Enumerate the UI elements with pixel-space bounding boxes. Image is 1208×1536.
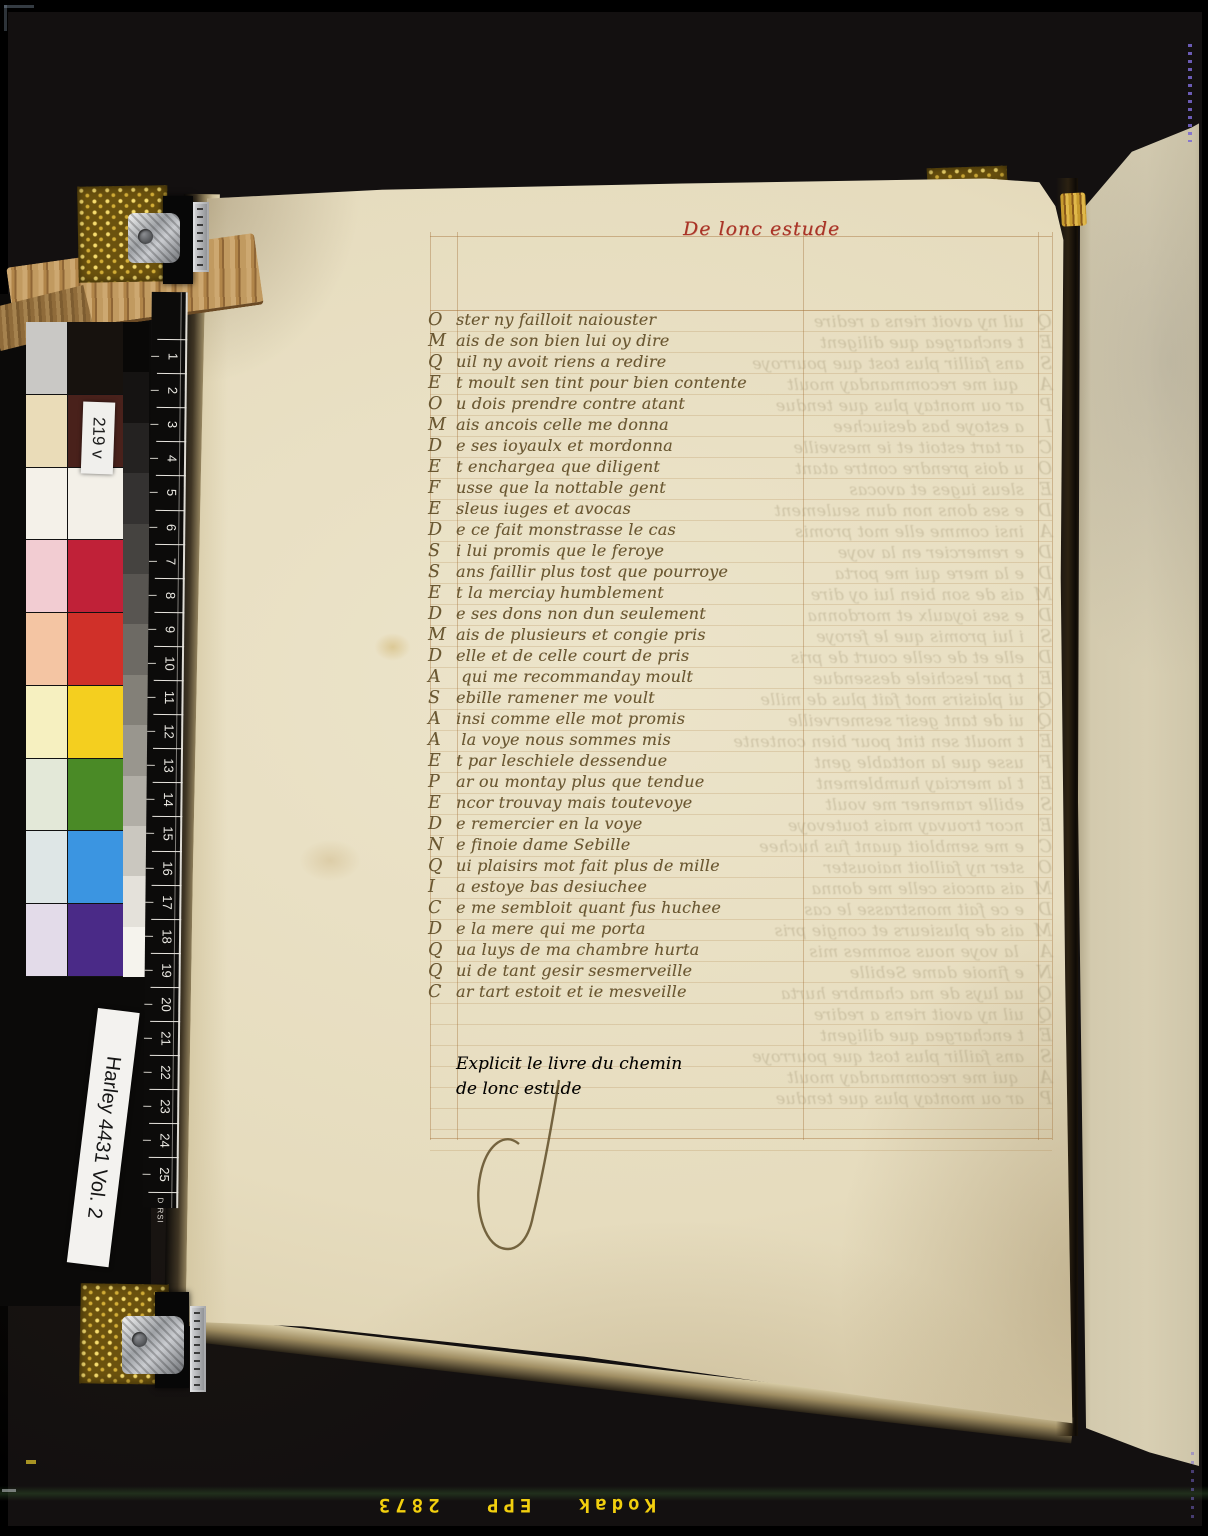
- verse-line: Qui de tant gesir sesmerveille: [793, 711, 1052, 732]
- strip-markings: [197, 208, 203, 266]
- ruler-half-tick: [149, 595, 157, 596]
- gray-step: [123, 524, 149, 574]
- metal-clip-top: [128, 213, 180, 263]
- ruling-vertical: [1052, 232, 1053, 1140]
- ruler-half-tick: [148, 697, 156, 698]
- color-patch-light: [26, 395, 67, 468]
- verse-line: Et enchargea que diligent: [793, 1026, 1052, 1047]
- verse-line: De ses dons non dun seulement: [793, 501, 1052, 522]
- ruler-half-tick: [145, 936, 153, 937]
- ruler-tick: [149, 1123, 179, 1124]
- verse-line: A la voye nous sommes mis: [793, 942, 1052, 963]
- verse-line: Oster ny failloit naiouster: [793, 858, 1052, 879]
- color-patch-light: [26, 686, 67, 759]
- verse-line: Quil ny avoit riens a redire: [793, 312, 1052, 333]
- ruler-footer: D RSI: [156, 1197, 165, 1221]
- verse-line: Et moult sen tint pour bien contente: [793, 732, 1052, 753]
- ruler-number: 15: [161, 824, 176, 844]
- film-edge-label: Kodak EPP 2873: [252, 1494, 656, 1516]
- verse-line: A qui me recommanday moult: [793, 1068, 1052, 1089]
- verse-line: De ce fait monstrasse le cas: [793, 900, 1052, 921]
- verse-line: Esleus iuges et avocas: [428, 499, 747, 520]
- ruler-half-tick: [148, 629, 156, 630]
- verse-line: Ne finoie dame Sebille: [793, 963, 1052, 984]
- ruler-tick: [148, 1191, 178, 1192]
- ruler-half-tick: [150, 458, 158, 459]
- color-patch-dark: [67, 904, 123, 977]
- ruler-half-tick: [147, 765, 155, 766]
- ruler-number: 25: [157, 1165, 172, 1185]
- color-patch-row: [26, 759, 123, 832]
- showthrough-text: Quil ny avoit riens a redireEt enchargea…: [793, 312, 1052, 1110]
- verse-line: Qui plaisirs mot fait plus de mille: [428, 856, 747, 877]
- ruler-number: 24: [157, 1131, 172, 1151]
- film-mark-bottom-left: [2, 1489, 16, 1492]
- verse-line: Qua luys de ma chambre hurta: [428, 940, 747, 961]
- verse-line: Par ou montay plus que tendue: [793, 396, 1052, 417]
- verse-line: Si lui promis que le feroye: [793, 627, 1052, 648]
- color-patch-row: [26, 613, 123, 686]
- verse-line: De la mere qui me porta: [428, 919, 747, 940]
- ruler-half-tick: [144, 1072, 152, 1073]
- verse-line: Oster ny failloit naiouster: [428, 310, 747, 331]
- ruler-half-tick: [151, 356, 159, 357]
- verse-line: Et enchargea que diligent: [428, 457, 747, 478]
- ruler-number: 11: [162, 687, 177, 707]
- color-patch-row: [26, 831, 123, 904]
- ruler-tick: [157, 407, 187, 408]
- ruler-half-tick: [146, 867, 154, 868]
- ruler-number: 3: [165, 415, 180, 435]
- ruler-tick: [153, 748, 183, 749]
- ruler-half-tick: [150, 492, 158, 493]
- ruler-tick: [150, 1021, 180, 1022]
- ruler-tick: [149, 1157, 179, 1158]
- verse-line: Ou dois prendre contre atant: [793, 459, 1052, 480]
- ruler-half-tick: [147, 731, 155, 732]
- ruler-tick: [152, 816, 182, 817]
- color-patch-row: [26, 686, 123, 759]
- verse-line: Qui de tant gesir sesmerveille: [428, 961, 747, 982]
- color-patch-light: [26, 904, 67, 977]
- ruler-tick: [157, 373, 187, 374]
- film-mark-top-left: [4, 5, 7, 31]
- text-lines: Oster ny failloit naiousterMais de son b…: [428, 310, 747, 1003]
- color-patch-row: [26, 322, 123, 395]
- ruler-tick: [154, 680, 184, 681]
- ruler-half-tick: [146, 833, 154, 834]
- metal-strip-top: [193, 202, 209, 272]
- color-patch-row: [26, 540, 123, 613]
- color-patch-light: [26, 540, 67, 613]
- gray-step: [123, 473, 149, 523]
- ruler-tick: [155, 578, 185, 579]
- verse-line: Et par leschiele dessendue: [428, 751, 747, 772]
- verse-line: Car tart estoit et ie mesveille: [428, 982, 747, 1003]
- verse-line: Esleus iuges et avocas: [793, 480, 1052, 501]
- verse-line: Ainsi comme elle mot promis: [793, 522, 1052, 543]
- pen-flourish: [433, 1066, 593, 1266]
- ruler-tick: [157, 339, 187, 340]
- verse-line: Et la merciay humblement: [793, 774, 1052, 795]
- ruler-half-tick: [150, 424, 158, 425]
- verse-line: De ce fait monstrasse le cas: [428, 520, 747, 541]
- gray-step: [123, 725, 149, 775]
- ruler-number: 4: [164, 449, 179, 469]
- verse-line: Quil ny avoit riens a redire: [428, 352, 747, 373]
- verse-line: Mais ancois celle me donna: [428, 415, 747, 436]
- verse-line: Mais de son bien lui oy dire: [428, 331, 747, 352]
- color-patch-light: [26, 322, 67, 395]
- verse-line: Ce me sembloit quant fus huchee: [428, 898, 747, 919]
- verse-line: Et par leschiele dessendue: [793, 669, 1052, 690]
- verse-line: Sans faillir plus tost que pourroye: [793, 354, 1052, 375]
- verse-line: De remercier en la voye: [428, 814, 747, 835]
- gray-step: [123, 423, 149, 473]
- verse-line: Mais ancois celle me donna: [793, 879, 1052, 900]
- ruler-tick: [155, 543, 185, 544]
- facing-page-edge: [1072, 118, 1208, 1470]
- color-patch-dark: [67, 540, 123, 613]
- ruler-number: 19: [159, 960, 174, 980]
- verse-line: Sans faillir plus tost que pourroye: [428, 562, 747, 583]
- ruler-half-tick: [149, 526, 157, 527]
- verse-line: Mais de plusieurs et congie pris: [428, 625, 747, 646]
- ruler-number: 23: [158, 1097, 173, 1117]
- ruler-number: 7: [163, 551, 178, 571]
- verse-line: Sebille ramener me voult: [793, 795, 1052, 816]
- verse-line: Mais de son bien lui oy dire: [793, 585, 1052, 606]
- ruler-number: 22: [158, 1063, 173, 1083]
- gray-step: [123, 372, 149, 422]
- ruler-half-tick: [145, 901, 153, 902]
- verse-line: Fusse que la nottable gent: [793, 753, 1052, 774]
- ruler-number: 10: [162, 653, 177, 673]
- ruler-tick: [152, 884, 182, 885]
- gray-step: [123, 675, 149, 725]
- ruler-number: 20: [159, 994, 174, 1014]
- ruler-number: 13: [161, 756, 176, 776]
- ruler-tick: [151, 919, 181, 920]
- verse-line: Ia estoye bas desiuchee: [793, 417, 1052, 438]
- ruler-tick: [149, 1089, 179, 1090]
- gray-step: [123, 322, 149, 372]
- gray-step: [123, 574, 149, 624]
- ruler-tick: [156, 441, 186, 442]
- ruler-tick: [156, 509, 186, 510]
- color-patch-dark: [67, 831, 123, 904]
- ruler-tick: [154, 612, 184, 613]
- verse-line: Si lui promis que le feroye: [428, 541, 747, 562]
- verse-line: Fusse que la nottable gent: [428, 478, 747, 499]
- color-patch-dark: [67, 468, 123, 541]
- clip-hole: [138, 229, 153, 244]
- verse-line: Quil ny avoit riens a redire: [793, 1005, 1052, 1026]
- verse-line: A qui me recommanday moult: [428, 667, 747, 688]
- verse-line: Delle et de celle court de pris: [428, 646, 747, 667]
- verse-line: De ses ioyaulx et mordonna: [793, 606, 1052, 627]
- ruler-number: 18: [159, 926, 174, 946]
- folio-label: 219 v: [81, 401, 115, 474]
- ruler-half-tick: [143, 1140, 151, 1141]
- ruler-half-tick: [146, 799, 154, 800]
- verse-line: Delle et de celle court de pris: [793, 648, 1052, 669]
- ruler-number: 8: [163, 585, 178, 605]
- ruler-number: 16: [160, 858, 175, 878]
- color-patch-light: [26, 759, 67, 832]
- verse-line: Qua luys de ma chambre hurta: [793, 984, 1052, 1005]
- verse-line: De ses dons non dun seulement: [428, 604, 747, 625]
- ruler-half-tick: [143, 1174, 151, 1175]
- verse-line: Ne finoie dame Sebille: [428, 835, 747, 856]
- verse-line: Par ou montay plus que tendue: [793, 1089, 1052, 1110]
- verse-line: Par ou montay plus que tendue: [428, 772, 747, 793]
- manuscript-page: De lonc estude Quil ny avoit riens a red…: [183, 176, 1075, 1432]
- verse-line: Ainsi comme elle mot promis: [428, 709, 747, 730]
- verse-line: Sebille ramener me voult: [428, 688, 747, 709]
- ruler-tick: [152, 850, 182, 851]
- verse-line: Encor trouvay mais toutevoye: [793, 816, 1052, 837]
- ruler-tick: [153, 782, 183, 783]
- ruler-number: 21: [158, 1028, 173, 1048]
- ruler-half-tick: [144, 1004, 152, 1005]
- ruler-half-tick: [143, 1106, 151, 1107]
- ruler-number: 2: [165, 381, 180, 401]
- clip-hole: [132, 1332, 147, 1347]
- verse-line: Qui plaisirs mot fait plus de mille: [793, 690, 1052, 711]
- ruler-number: 1: [166, 346, 181, 366]
- ruler-half-tick: [145, 970, 153, 971]
- ruler-tick: [151, 987, 181, 988]
- metal-clip-bottom: [122, 1316, 184, 1374]
- ruler-half-tick: [148, 663, 156, 664]
- verse-line: Ou dois prendre contre atant: [428, 394, 747, 415]
- verse-line: Ia estoye bas desiuchee: [428, 877, 747, 898]
- ruler-tick: [150, 1055, 180, 1056]
- verse-line: Ce me sembloit quant fus huchee: [793, 837, 1052, 858]
- strip-markings: [194, 1312, 200, 1386]
- color-patch-light: [26, 831, 67, 904]
- film-mark-top-left: [4, 5, 34, 8]
- gray-step: [123, 624, 149, 674]
- ruler-tick: [151, 953, 181, 954]
- color-patch-row: [26, 904, 123, 977]
- verse-line: Et moult sen tint pour bien contente: [428, 373, 747, 394]
- verse-line: A qui me recommanday moult: [793, 375, 1052, 396]
- ruler-half-tick: [149, 560, 157, 561]
- ruler-tick: [156, 475, 186, 476]
- verse-line: Et enchargea que diligent: [793, 333, 1052, 354]
- color-patch-dark: [67, 613, 123, 686]
- ruler-number: 14: [161, 790, 176, 810]
- ruler-tick: [153, 714, 183, 715]
- metal-strip-bottom: [190, 1306, 206, 1392]
- ruler-number: 17: [160, 892, 175, 912]
- film-mark-top-right: [1188, 44, 1192, 142]
- color-patch-dark: [67, 322, 123, 395]
- running-title: De lonc estude: [683, 218, 840, 240]
- manuscript-photograph: De lonc estude Quil ny avoit riens a red…: [0, 0, 1208, 1536]
- verse-line: De remercier en la voye: [793, 543, 1052, 564]
- ruler-number: 5: [164, 483, 179, 503]
- verse-line: Car tart estoit et ie mesveille: [793, 438, 1052, 459]
- headband: [1060, 192, 1087, 226]
- film-mark-bottom-right: [1191, 1452, 1194, 1524]
- color-patch-dark: [67, 759, 123, 832]
- verse-line: De ses ioyaulx et mordonna: [428, 436, 747, 457]
- film-mark-bottom-left: [26, 1460, 36, 1464]
- verse-line: Encor trouvay mais toutevoye: [428, 793, 747, 814]
- verse-line: Sans faillir plus tost que pourroye: [793, 1047, 1052, 1068]
- ruler-half-tick: [144, 1038, 152, 1039]
- ruler-half-tick: [151, 390, 159, 391]
- ruler-tick: [154, 646, 184, 647]
- verse-line: De la mere qui me porta: [793, 564, 1052, 585]
- color-patch-row: [26, 468, 123, 541]
- color-patch-light: [26, 468, 67, 541]
- ruler-number: 9: [163, 619, 178, 639]
- verse-line: A la voye nous sommes mis: [428, 730, 747, 751]
- gray-step: [123, 776, 149, 826]
- verse-line: Mais de plusieurs et congie pris: [793, 921, 1052, 942]
- color-patch-light: [26, 613, 67, 686]
- ruler-number: 6: [164, 517, 179, 537]
- ruler-number: 12: [162, 722, 177, 742]
- color-patch-dark: [67, 686, 123, 759]
- verse-line: Et la merciay humblement: [428, 583, 747, 604]
